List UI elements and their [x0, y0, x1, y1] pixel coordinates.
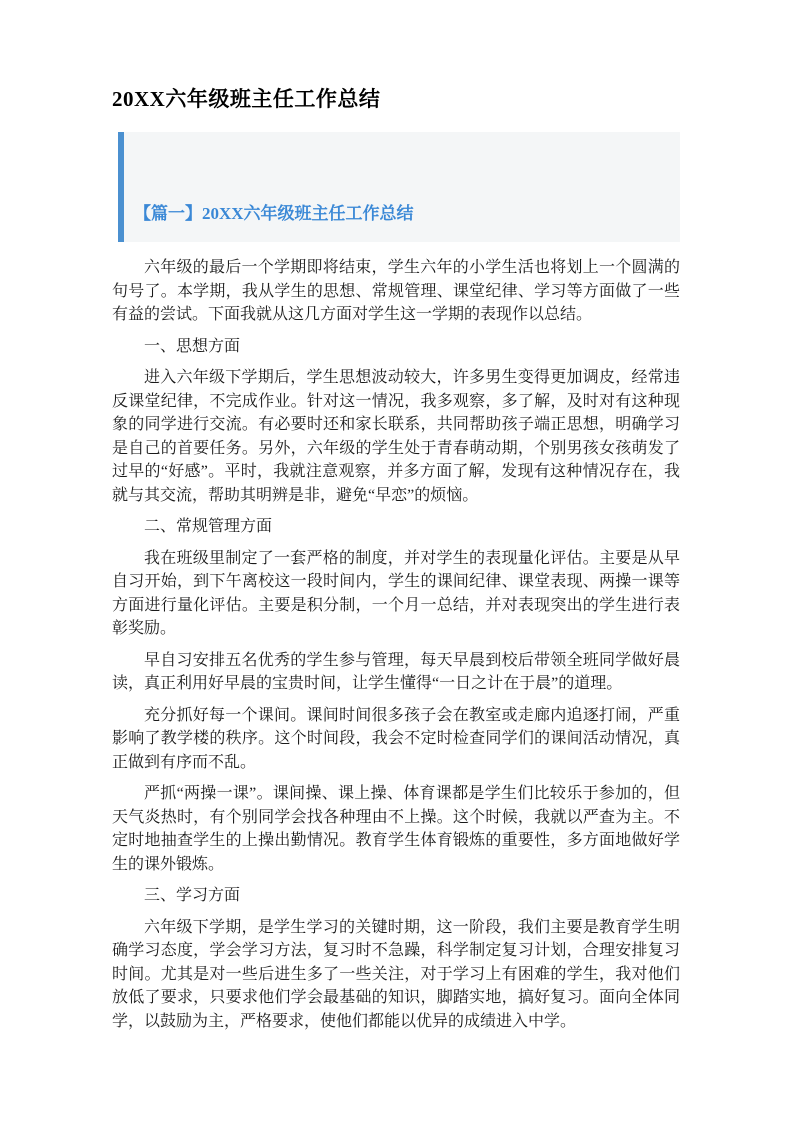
section-heading-study: 三、学习方面 — [112, 884, 680, 908]
paragraph-study: 六年级下学期，是学生学习的关键时期，这一阶段，我们主要是教育学生明确学习态度，学… — [112, 916, 680, 1034]
section-heading-thought: 一、思想方面 — [112, 335, 680, 359]
article-section-heading: 【篇一】20XX六年级班主任工作总结 — [134, 204, 414, 224]
section-heading-management: 二、常规管理方面 — [112, 515, 680, 539]
article-body: 六年级的最后一个学期即将结束，学生六年的小学生活也将划上一个圆满的句号了。本学期… — [112, 256, 680, 1033]
article-banner: 【篇一】20XX六年级班主任工作总结 — [118, 132, 680, 242]
paragraph-management-1: 我在班级里制定了一套严格的制度，并对学生的表现量化评估。主要是从早自习开始，到下… — [112, 547, 680, 641]
paragraph-management-3: 充分抓好每一个课间。课间时间很多孩子会在教室或走廊内追逐打闹，严重影响了教学楼的… — [112, 704, 680, 775]
paragraph-management-4: 严抓“两操一课”。课间操、课上操、体育课都是学生们比较乐于参加的，但天气炎热时，… — [112, 782, 680, 876]
paragraph-management-2: 早自习安排五名优秀的学生参与管理，每天早晨到校后带领全班同学做好晨读，真正利用好… — [112, 649, 680, 696]
page-title: 20XX六年级班主任工作总结 — [112, 85, 680, 113]
paragraph-intro: 六年级的最后一个学期即将结束，学生六年的小学生活也将划上一个圆满的句号了。本学期… — [112, 256, 680, 327]
paragraph-thought: 进入六年级下学期后，学生思想波动较大，许多男生变得更加调皮，经常违反课堂纪律，不… — [112, 366, 680, 507]
document-page: 20XX六年级班主任工作总结 【篇一】20XX六年级班主任工作总结 六年级的最后… — [0, 0, 793, 1122]
